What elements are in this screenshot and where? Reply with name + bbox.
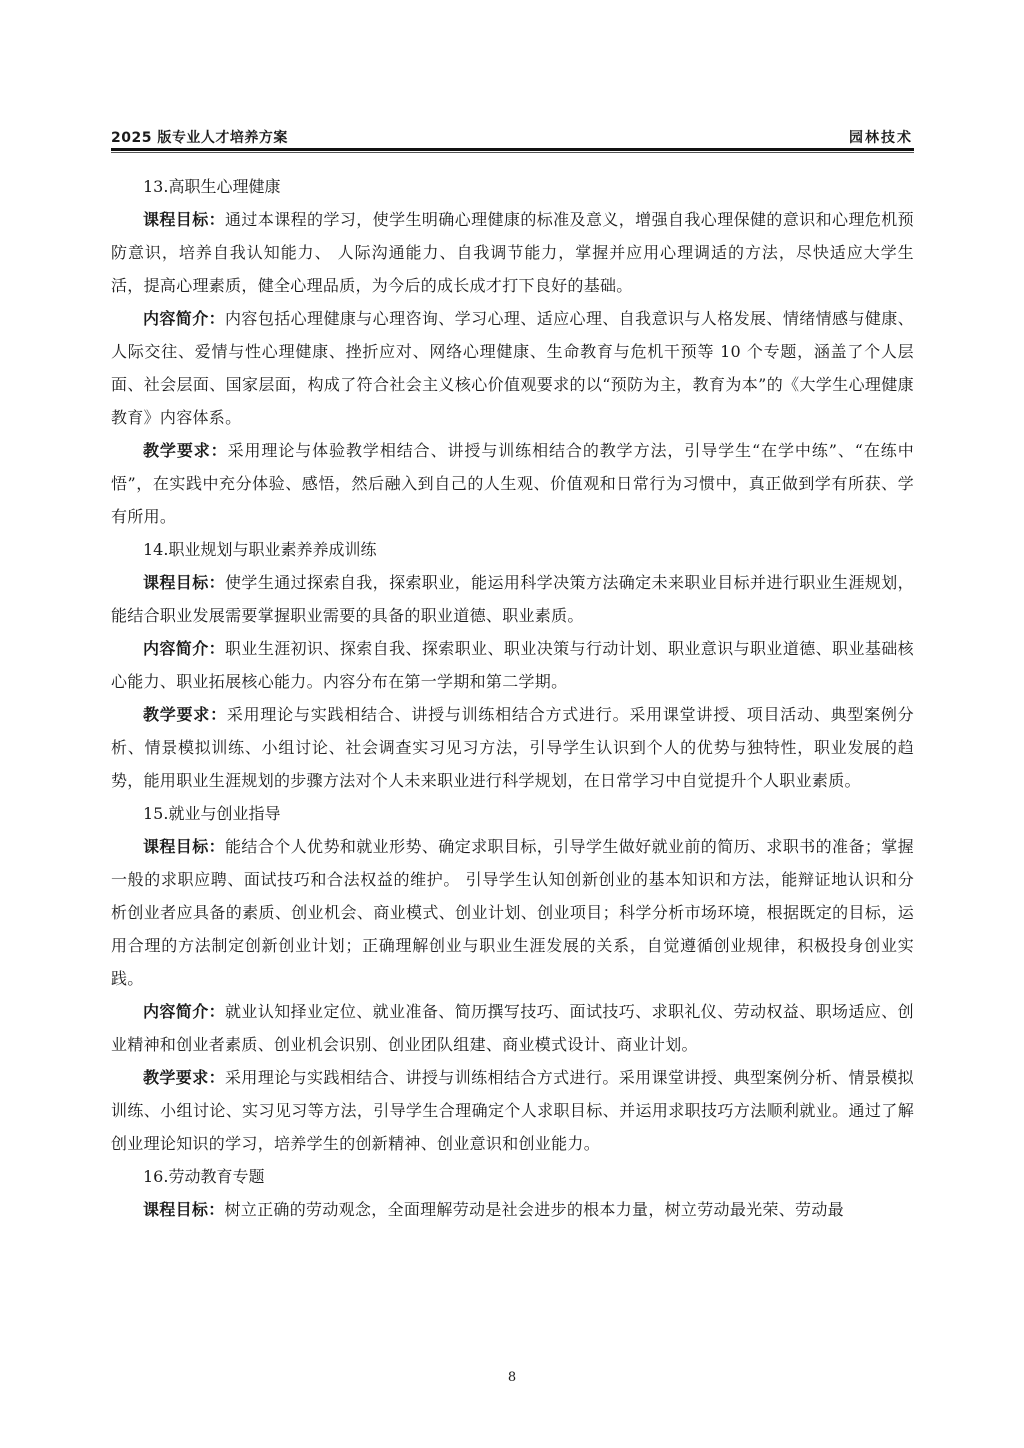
paragraph-text: 能结合个人优势和就业形势、确定求职目标，引导学生做好就业前的简历、求职书的准备；… (111, 837, 914, 988)
paragraph-text: 通过本课程的学习，使学生明确心理健康的标准及意义，增强自我心理保健的意识和心理危… (111, 210, 914, 295)
paragraph-text: 树立正确的劳动观念，全面理解劳动是社会进步的根本力量，树立劳动最光荣、劳动最 (225, 1200, 844, 1219)
header-rule-thick (111, 148, 914, 151)
paragraph-label: 课程目标： (143, 210, 225, 229)
section-16: 16.劳动教育专题 课程目标：树立正确的劳动观念，全面理解劳动是社会进步的根本力… (111, 1160, 914, 1226)
paragraph-content-intro: 内容简介：就业认知择业定位、就业准备、简历撰写技巧、面试技巧、求职礼仪、劳动权益… (111, 995, 914, 1061)
paragraph-course-goal: 课程目标：使学生通过探索自我，探索职业，能运用科学决策方法确定未来职业目标并进行… (111, 566, 914, 632)
paragraph-content-intro: 内容简介：内容包括心理健康与心理咨询、学习心理、适应心理、自我意识与人格发展、情… (111, 302, 914, 434)
paragraph-teaching-req: 教学要求：采用理论与实践相结合、讲授与训练相结合方式进行。采用课堂讲授、典型案例… (111, 1061, 914, 1160)
paragraph-text: 采用理论与体验教学相结合、讲授与训练相结合的教学方法，引导学生“在学中练”、“在… (111, 441, 914, 526)
section-title: 16.劳动教育专题 (111, 1160, 914, 1193)
page-header: 2025 版专业人才培养方案 园林技术 (111, 127, 913, 147)
paragraph-label: 内容简介： (143, 309, 225, 328)
paragraph-text: 采用理论与实践相结合、讲授与训练相结合方式进行。采用课堂讲授、项目活动、典型案例… (111, 705, 914, 790)
paragraph-text: 使学生通过探索自我，探索职业，能运用科学决策方法确定未来职业目标并进行职业生涯规… (111, 573, 914, 625)
paragraph-label: 课程目标： (143, 573, 225, 592)
paragraph-course-goal: 课程目标：能结合个人优势和就业形势、确定求职目标，引导学生做好就业前的简历、求职… (111, 830, 914, 995)
section-title: 14.职业规划与职业素养养成训练 (111, 533, 914, 566)
paragraph-teaching-req: 教学要求：采用理论与体验教学相结合、讲授与训练相结合的教学方法，引导学生“在学中… (111, 434, 914, 533)
paragraph-text: 就业认知择业定位、就业准备、简历撰写技巧、面试技巧、求职礼仪、劳动权益、职场适应… (111, 1002, 914, 1054)
paragraph-label: 教学要求： (143, 705, 227, 724)
paragraph-teaching-req: 教学要求：采用理论与实践相结合、讲授与训练相结合方式进行。采用课堂讲授、项目活动… (111, 698, 914, 797)
paragraph-label: 课程目标： (143, 837, 225, 856)
section-title: 13.高职生心理健康 (111, 170, 914, 203)
paragraph-course-goal: 课程目标：树立正确的劳动观念，全面理解劳动是社会进步的根本力量，树立劳动最光荣、… (111, 1193, 914, 1226)
section-15: 15.就业与创业指导 课程目标：能结合个人优势和就业形势、确定求职目标，引导学生… (111, 797, 914, 1160)
paragraph-text: 采用理论与实践相结合、讲授与训练相结合方式进行。采用课堂讲授、典型案例分析、情景… (111, 1068, 914, 1153)
section-title: 15.就业与创业指导 (111, 797, 914, 830)
page-number: 8 (0, 1370, 1024, 1385)
paragraph-label: 教学要求： (143, 1068, 225, 1087)
header-doc-title: 2025 版专业人才培养方案 (111, 127, 288, 147)
paragraph-label: 内容简介： (143, 639, 225, 658)
header-major: 园林技术 (849, 127, 913, 147)
section-13: 13.高职生心理健康 课程目标：通过本课程的学习，使学生明确心理健康的标准及意义… (111, 170, 914, 533)
paragraph-text: 内容包括心理健康与心理咨询、学习心理、适应心理、自我意识与人格发展、情绪情感与健… (111, 309, 914, 427)
paragraph-label: 教学要求： (143, 441, 228, 460)
paragraph-text: 职业生涯初识、探索自我、探索职业、职业决策与行动计划、职业意识与职业道德、职业基… (111, 639, 914, 691)
paragraph-course-goal: 课程目标：通过本课程的学习，使学生明确心理健康的标准及意义，增强自我心理保健的意… (111, 203, 914, 302)
paragraph-label: 课程目标： (143, 1200, 225, 1219)
section-14: 14.职业规划与职业素养养成训练 课程目标：使学生通过探索自我，探索职业，能运用… (111, 533, 914, 797)
paragraph-label: 内容简介： (143, 1002, 225, 1021)
paragraph-content-intro: 内容简介：职业生涯初识、探索自我、探索职业、职业决策与行动计划、职业意识与职业道… (111, 632, 914, 698)
document-body: 13.高职生心理健康 课程目标：通过本课程的学习，使学生明确心理健康的标准及意义… (111, 170, 914, 1226)
header-rule-thin (111, 152, 914, 153)
